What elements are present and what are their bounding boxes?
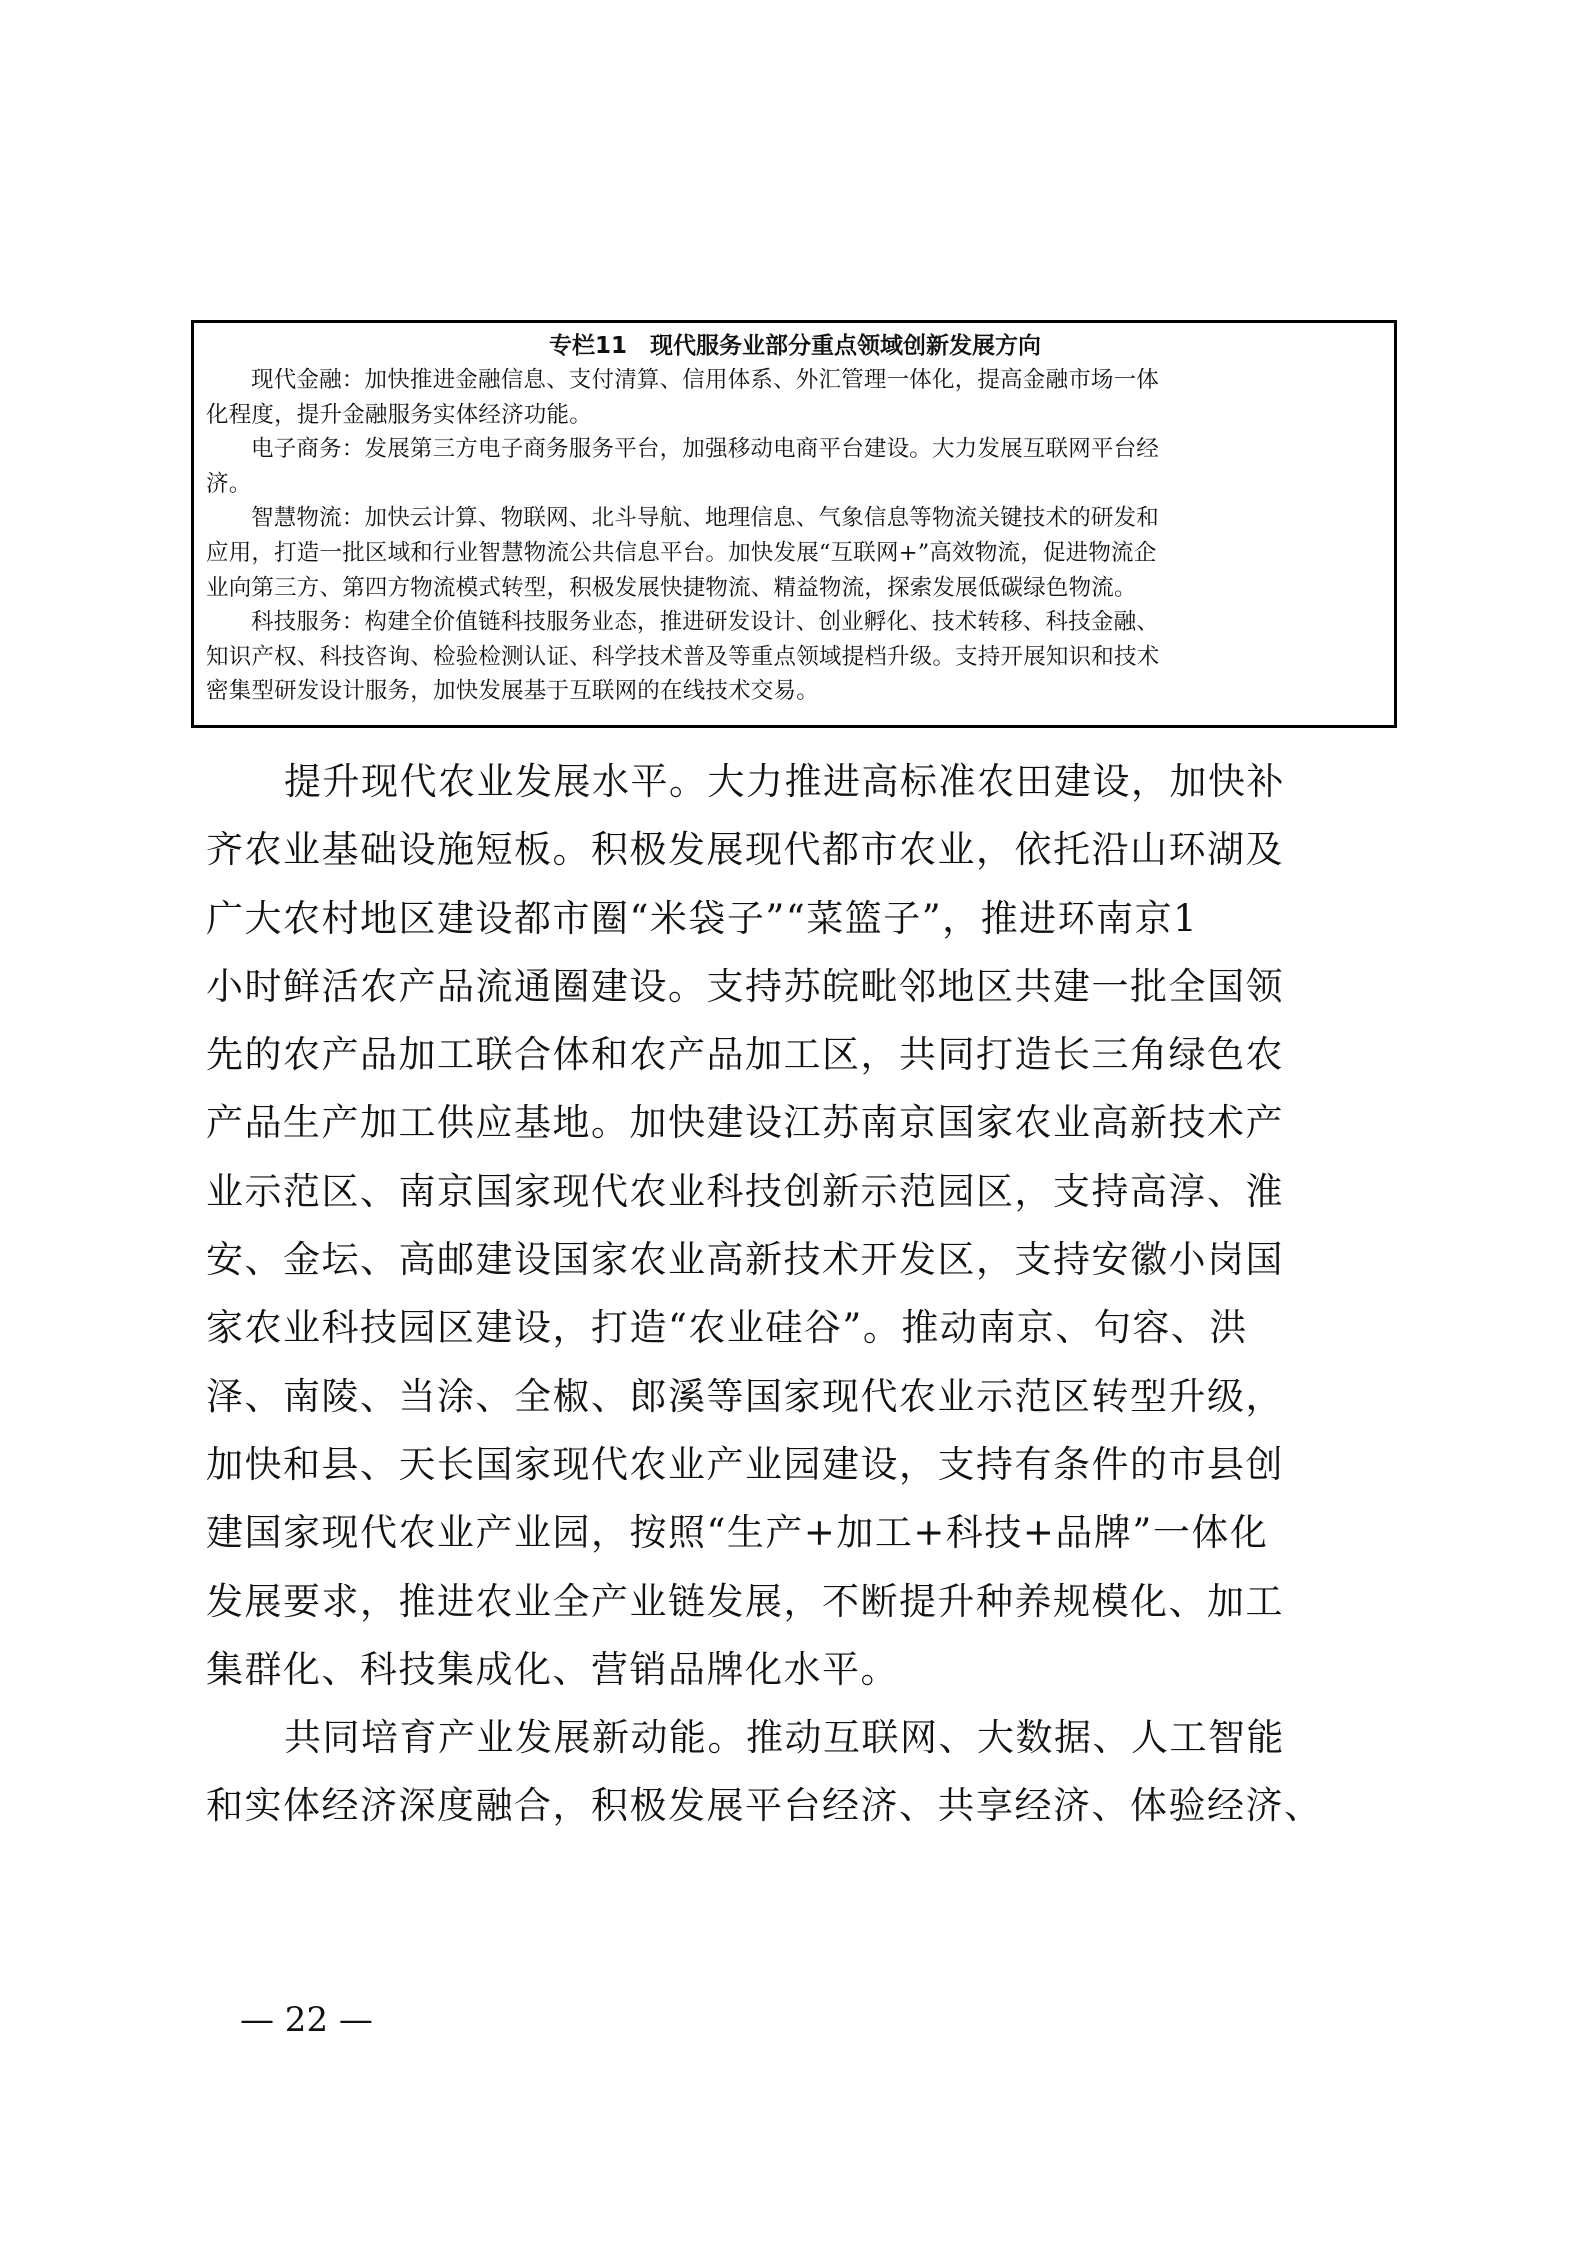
column-box-line: 化程度，提升金融服务实体经济功能。 [206, 398, 1384, 433]
column-box-line: 应用，打造一批区域和行业智慧物流公共信息平台。加快发展“互联网+”高效物流，促进… [206, 536, 1384, 571]
body-text: 提升现代农业发展水平。大力推进高标准农田建设，加快补齐农业基础设施短板。积极发展… [206, 748, 1398, 1841]
paragraph-line: 先的农产品加工联合体和农产品加工区，共同打造长三角绿色农 [206, 1021, 1398, 1089]
paragraph-line: 小时鲜活农产品流通圈建设。支持苏皖毗邻地区共建一批全国领 [206, 953, 1398, 1021]
column-box-title: 专栏11 现代服务业部分重点领域创新发展方向 [206, 329, 1384, 363]
paragraph-line: 泽、南陵、当涂、全椒、郎溪等国家现代农业示范区转型升级， [206, 1363, 1398, 1431]
page-number: — 22 — [240, 2000, 373, 2040]
paragraph-line: 共同培育产业发展新动能。推动互联网、大数据、人工智能 [206, 1704, 1398, 1772]
paragraph-line: 家农业科技园区建设，打造“农业硅谷”。推动南京、句容、洪 [206, 1294, 1398, 1362]
paragraph-line: 和实体经济深度融合，积极发展平台经济、共享经济、体验经济、 [206, 1772, 1398, 1840]
column-box-line: 现代金融：加快推进金融信息、支付清算、信用体系、外汇管理一体化，提高金融市场一体 [206, 363, 1384, 398]
column-box-line: 知识产权、科技咨询、检验检测认证、科学技术普及等重点领域提档升级。支持开展知识和… [206, 640, 1384, 675]
paragraph-line: 齐农业基础设施短板。积极发展现代都市农业，依托沿山环湖及 [206, 816, 1398, 884]
paragraph-line: 建国家现代农业产业园，按照“生产+加工+科技+品牌”一体化 [206, 1499, 1398, 1567]
column-box-line: 济。 [206, 467, 1384, 502]
column-box-line: 电子商务：发展第三方电子商务服务平台，加强移动电商平台建设。大力发展互联网平台经 [206, 432, 1384, 467]
paragraph-line: 产品生产加工供应基地。加快建设江苏南京国家农业高新技术产 [206, 1089, 1398, 1157]
column-box-line: 智慧物流：加快云计算、物联网、北斗导航、地理信息、气象信息等物流关键技术的研发和 [206, 501, 1384, 536]
paragraph-line: 广大农村地区建设都市圈“米袋子”“菜篮子”，推进环南京1 [206, 885, 1398, 953]
column-box-line: 科技服务：构建全价值链科技服务业态，推进研发设计、创业孵化、技术转移、科技金融、 [206, 605, 1384, 640]
paragraph-line: 加快和县、天长国家现代农业产业园建设，支持有条件的市县创 [206, 1431, 1398, 1499]
paragraph-line: 集群化、科技集成化、营销品牌化水平。 [206, 1636, 1398, 1704]
column-box-content: 现代金融：加快推进金融信息、支付清算、信用体系、外汇管理一体化，提高金融市场一体… [206, 363, 1384, 709]
column-box: 专栏11 现代服务业部分重点领域创新发展方向 现代金融：加快推进金融信息、支付清… [191, 320, 1397, 728]
paragraph-line: 提升现代农业发展水平。大力推进高标准农田建设，加快补 [206, 748, 1398, 816]
column-box-line: 密集型研发设计服务，加快发展基于互联网的在线技术交易。 [206, 674, 1384, 709]
paragraph-line: 安、金坛、高邮建设国家农业高新技术开发区，支持安徽小岗国 [206, 1226, 1398, 1294]
column-box-line: 业向第三方、第四方物流模式转型，积极发展快捷物流、精益物流，探索发展低碳绿色物流… [206, 571, 1384, 606]
paragraph-line: 发展要求，推进农业全产业链发展，不断提升种养规模化、加工 [206, 1568, 1398, 1636]
paragraph-line: 业示范区、南京国家现代农业科技创新示范园区，支持高淳、淮 [206, 1158, 1398, 1226]
